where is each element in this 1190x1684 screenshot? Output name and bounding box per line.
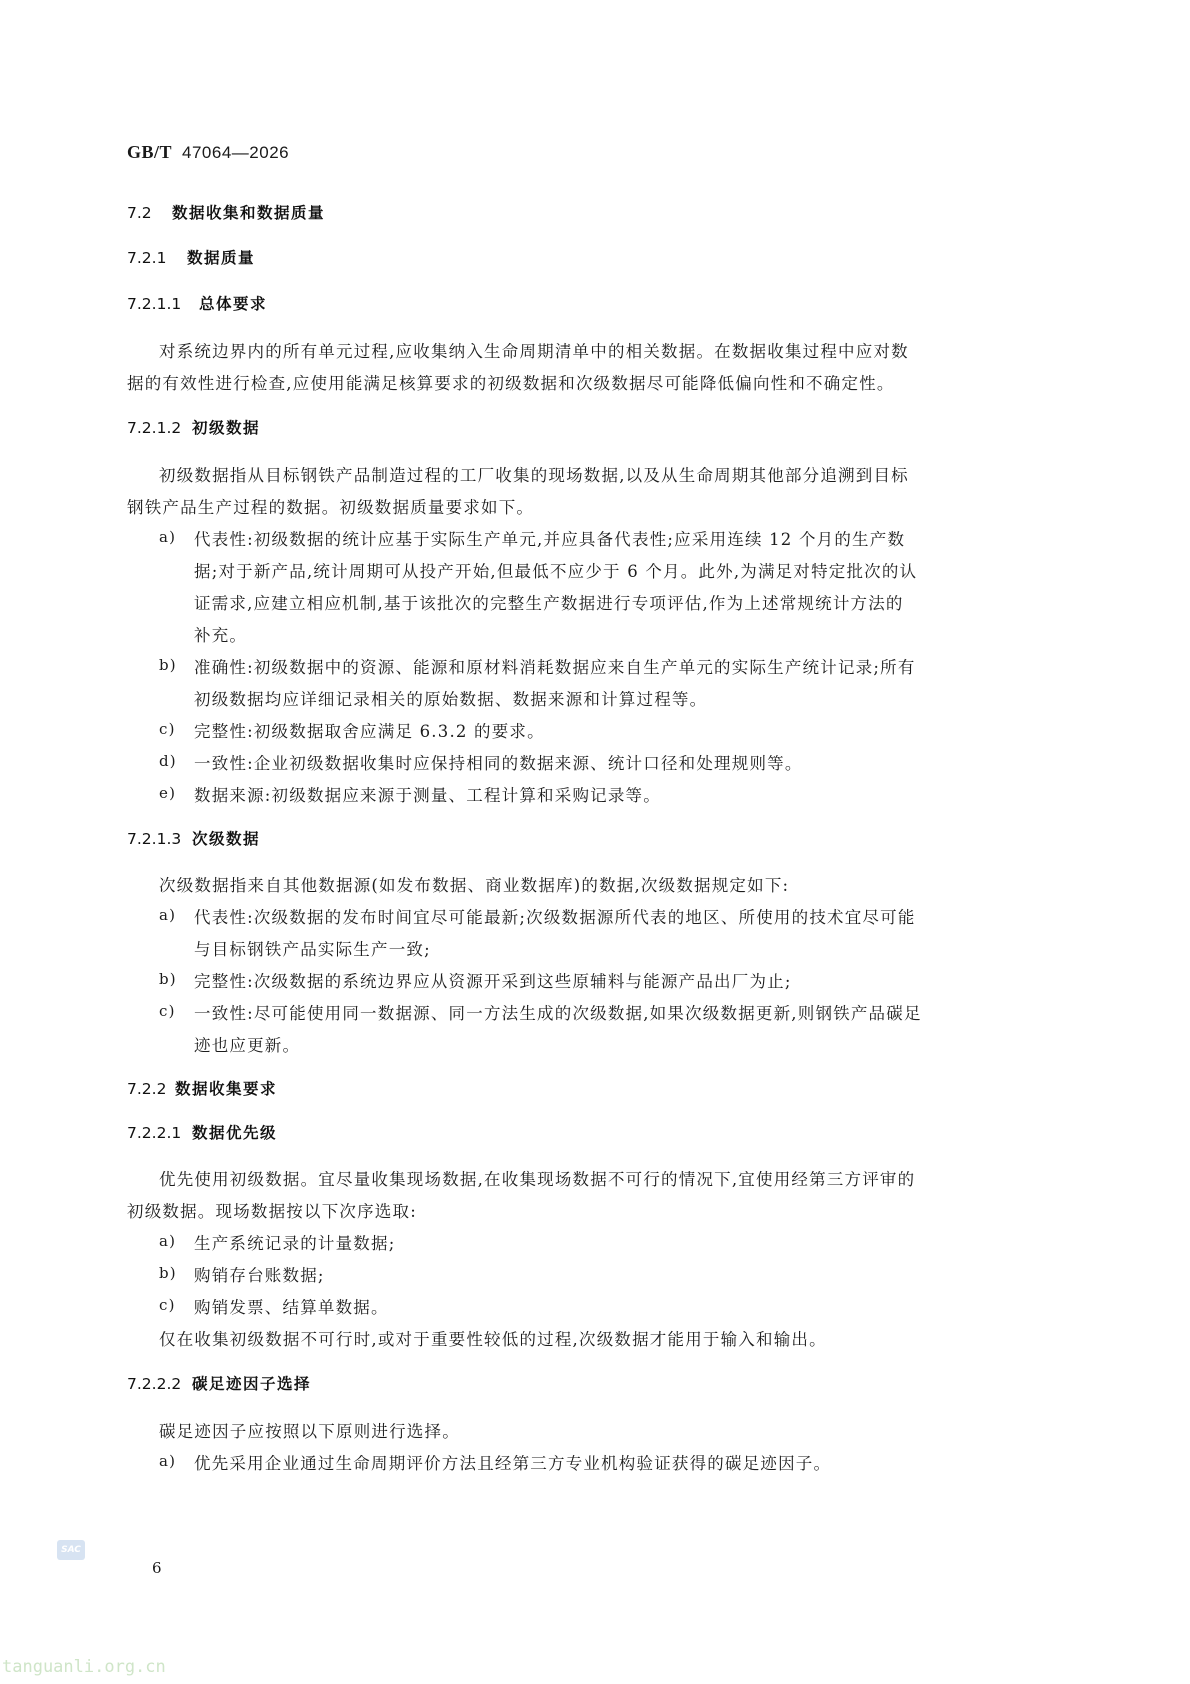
list-marker: a) <box>159 1232 176 1250</box>
sac-logo: SAC <box>57 1540 85 1560</box>
watermark: tanguanli.org.cn <box>2 1657 166 1677</box>
list-item-line: 生产系统记录的计量数据; <box>194 1230 395 1254</box>
page-number: 6 <box>152 1559 162 1577</box>
list-marker: b) <box>159 1264 177 1282</box>
heading-7-2-2-1: 7.2.2.1数据优先级 <box>127 1121 277 1143</box>
list-item-line: 据;对于新产品,统计周期可从投产开始,但最低不应少于 6 个月。此外,为满足对特… <box>194 558 917 582</box>
list-item-line: 代表性:初级数据的统计应基于实际生产单元,并应具备代表性;应采用连续 12 个月… <box>194 526 905 550</box>
heading-7-2-1-2: 7.2.1.2初级数据 <box>127 416 260 438</box>
list-marker: b) <box>159 656 177 674</box>
list-item-line: 完整性:次级数据的系统边界应从资源开采到这些原辅料与能源产品出厂为止; <box>194 968 792 992</box>
list-item-line: 代表性:次级数据的发布时间宜尽可能最新;次级数据源所代表的地区、所使用的技术宜尽… <box>194 904 916 928</box>
list-marker: c) <box>159 1002 176 1020</box>
paragraph-line: 初级数据指从目标钢铁产品制造过程的工厂收集的现场数据,以及从生命周期其他部分追溯… <box>159 462 909 486</box>
list-item-line: 数据来源:初级数据应来源于测量、工程计算和采购记录等。 <box>194 782 661 806</box>
list-marker: a) <box>159 528 176 546</box>
list-marker: c) <box>159 720 176 738</box>
paragraph-line: 仅在收集初级数据不可行时,或对于重要性较低的过程,次级数据才能用于输入和输出。 <box>159 1326 827 1350</box>
list-item-line: 完整性:初级数据取舍应满足 6.3.2 的要求。 <box>194 718 545 742</box>
paragraph-line: 次级数据指来自其他数据源(如发布数据、商业数据库)的数据,次级数据规定如下: <box>159 872 789 896</box>
list-item-line: 补充。 <box>194 622 247 646</box>
list-item-line: 迹也应更新。 <box>194 1032 300 1056</box>
paragraph-line: 优先使用初级数据。宜尽量收集现场数据,在收集现场数据不可行的情况下,宜使用经第三… <box>159 1166 915 1190</box>
heading-7-2-2: 7.2.2数据收集要求 <box>127 1077 277 1099</box>
heading-7-2-2-2: 7.2.2.2碳足迹因子选择 <box>127 1372 311 1394</box>
paragraph-line: 初级数据。现场数据按以下次序选取: <box>127 1198 417 1222</box>
paragraph-line: 碳足迹因子应按照以下原则进行选择。 <box>159 1418 460 1442</box>
list-item-line: 一致性:企业初级数据收集时应保持相同的数据来源、统计口径和处理规则等。 <box>194 750 803 774</box>
list-marker: a) <box>159 906 176 924</box>
list-item-line: 准确性:初级数据中的资源、能源和原材料消耗数据应来自生产单元的实际生产统计记录;… <box>194 654 916 678</box>
list-marker: d) <box>159 752 177 770</box>
paragraph-line: 钢铁产品生产过程的数据。初级数据质量要求如下。 <box>127 494 534 518</box>
list-marker: c) <box>159 1296 176 1314</box>
list-marker: b) <box>159 970 177 988</box>
list-item-line: 一致性:尽可能使用同一数据源、同一方法生成的次级数据,如果次级数据更新,则钢铁产… <box>194 1000 922 1024</box>
list-item-line: 证需求,应建立相应机制,基于该批次的完整生产数据进行专项评估,作为上述常规统计方… <box>194 590 904 614</box>
list-marker: e) <box>159 784 176 802</box>
list-item-line: 优先采用企业通过生命周期评价方法且经第三方专业机构验证获得的碳足迹因子。 <box>194 1450 831 1474</box>
list-item-line: 初级数据均应详细记录相关的原始数据、数据来源和计算过程等。 <box>194 686 707 710</box>
heading-7-2-1: 7.2.1数据质量 <box>127 246 255 268</box>
list-item-line: 购销存台账数据; <box>194 1262 325 1286</box>
list-item-line: 与目标钢铁产品实际生产一致; <box>194 936 431 960</box>
heading-7-2-1-3: 7.2.1.3次级数据 <box>127 827 260 849</box>
list-item-line: 购销发票、结算单数据。 <box>194 1294 389 1318</box>
heading-7-2: 7.2数据收集和数据质量 <box>127 201 325 223</box>
standard-number: 47064—2026 <box>182 143 289 162</box>
standard-code: GB/T47064—2026 <box>127 142 289 163</box>
heading-7-2-1-1: 7.2.1.1总体要求 <box>127 292 267 314</box>
list-marker: a) <box>159 1452 176 1470</box>
standard-prefix: GB/T <box>127 142 172 162</box>
paragraph-line: 对系统边界内的所有单元过程,应收集纳入生命周期清单中的相关数据。在数据收集过程中… <box>159 338 909 362</box>
paragraph-line: 据的有效性进行检查,应使用能满足核算要求的初级数据和次级数据尽可能降低偏向性和不… <box>127 370 895 394</box>
